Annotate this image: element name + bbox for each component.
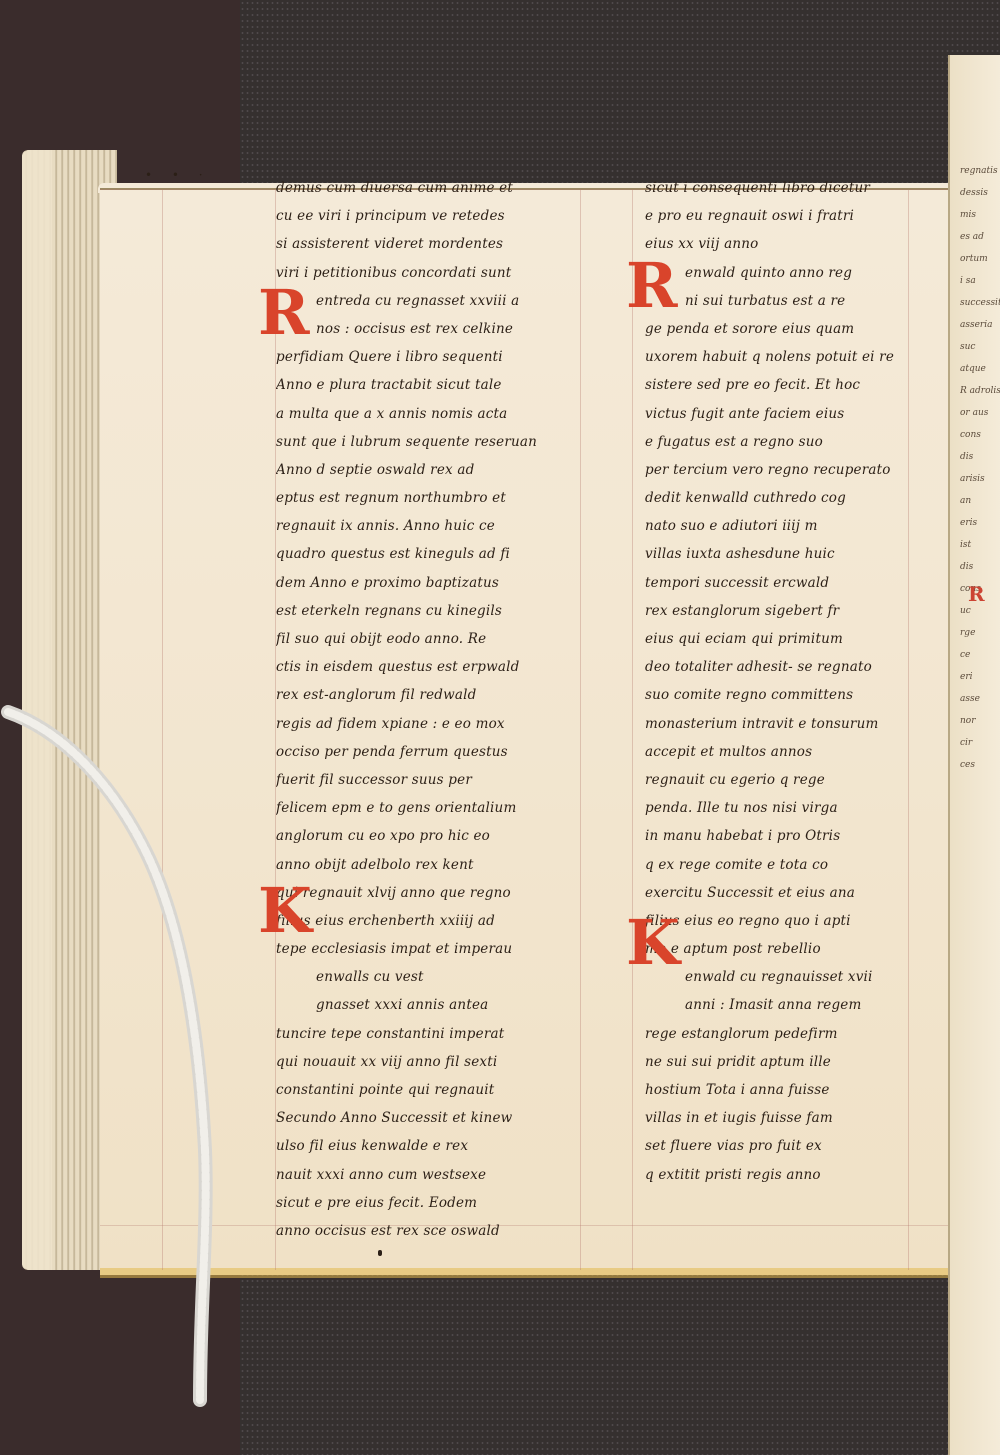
manuscript-line: cu ee viri i principum ve retedes	[276, 202, 606, 230]
manuscript-line: qui regnauit xlvij anno que regno	[276, 879, 606, 907]
ink-dots: • • ·	[145, 168, 211, 182]
manuscript-line: quadro questus est kineguls ad fi	[276, 540, 606, 568]
red-initial-letter: K	[258, 880, 312, 942]
facing-page-line: rge	[960, 622, 1000, 644]
manuscript-line: ulso fil eius kenwalde e rex	[276, 1132, 606, 1160]
facing-page-line: asse	[960, 688, 1000, 710]
manuscript-line: ni sui turbatus est a re	[645, 287, 935, 315]
ruling-line	[162, 190, 163, 1270]
facing-page-line: suc	[960, 336, 1000, 358]
manuscript-line: villas in et iugis fuisse fam	[645, 1104, 935, 1132]
manuscript-line: Anno d septie oswald rex ad	[276, 456, 606, 484]
facing-page-line: nor	[960, 710, 1000, 732]
facing-page-line: ces	[960, 754, 1000, 776]
facing-page-line: or aus	[960, 402, 1000, 424]
facing-page-line: asseria	[960, 314, 1000, 336]
manuscript-line: qui nouauit xx viij anno fil sexti	[276, 1048, 606, 1076]
manuscript-line: tempori successit ercwald	[645, 569, 935, 597]
manuscript-line: viri i petitionibus concordati sunt	[276, 259, 606, 287]
manuscript-line: rex estanglorum sigebert fr	[645, 597, 935, 625]
manuscript-line: dedit kenwalld cuthredo cog	[645, 484, 935, 512]
facing-page-line: arisis	[960, 468, 1000, 490]
facing-page-line: dis	[960, 556, 1000, 578]
manuscript-line: per tercium vero regno recuperato	[645, 456, 935, 484]
manuscript-line: villas iuxta ashesdune huic	[645, 540, 935, 568]
manuscript-line: sistere sed pre eo fecit. Et hoc	[645, 371, 935, 399]
manuscript-line: eius qui eciam qui primitum	[645, 625, 935, 653]
red-initial-letter: R	[626, 255, 678, 317]
manuscript-line: q extitit pristi regis anno	[645, 1161, 935, 1189]
facing-page-line: es ad	[960, 226, 1000, 248]
manuscript-line: regis ad fidem xpiane : e eo mox	[276, 710, 606, 738]
manuscript-line: anno occisus est rex sce oswald	[276, 1217, 606, 1245]
page-bottom-gilt-edge	[100, 1268, 978, 1278]
manuscript-line: regnauit cu egerio q rege	[645, 766, 935, 794]
manuscript-line: dem Anno e proximo baptizatus	[276, 569, 606, 597]
manuscript-line: Anno e plura tractabit sicut tale	[276, 371, 606, 399]
manuscript-line: Secundo Anno Successit et kinew	[276, 1104, 606, 1132]
manuscript-line: exercitu Successit et eius ana	[645, 879, 935, 907]
facing-page-text: regnatisdessismises adortumi sasuccessit…	[960, 160, 1000, 776]
manuscript-line: accepit et multos annos	[645, 738, 935, 766]
manuscript-line: est eterkeln regnans cu kinegils	[276, 597, 606, 625]
facing-page-line: dis	[960, 446, 1000, 468]
facing-page-line: an	[960, 490, 1000, 512]
manuscript-line: mo e aptum post rebellio	[645, 935, 935, 963]
manuscript-line: sunt que i lubrum sequente reseruan	[276, 428, 606, 456]
manuscript-line: eptus est regnum northumbro et	[276, 484, 606, 512]
manuscript-line: rege estanglorum pedefirm	[645, 1020, 935, 1048]
manuscript-line: hostium Tota i anna fuisse	[645, 1076, 935, 1104]
manuscript-line: victus fugit ante faciem eius	[645, 400, 935, 428]
facing-page-line: R adrolis	[960, 380, 1000, 402]
manuscript-line: eius xx viij anno	[645, 230, 935, 258]
manuscript-line: monasterium intravit e tonsurum	[645, 710, 935, 738]
right-text-column: sicut i consequenti libro diceture pro e…	[645, 174, 935, 1189]
manuscript-line: felicem epm e to gens orientalium	[276, 794, 606, 822]
manuscript-line: filius eius erchenberth xxiiij ad	[276, 907, 606, 935]
manuscript-line: fil suo qui obijt eodo anno. Re	[276, 625, 606, 653]
manuscript-line: si assisterent videret mordentes	[276, 230, 606, 258]
manuscript-line: occiso per penda ferrum questus	[276, 738, 606, 766]
manuscript-line: sicut e pre eius fecit. Eodem	[276, 1189, 606, 1217]
facing-page-line: cir	[960, 732, 1000, 754]
manuscript-line: in manu habebat i pro Otris	[645, 822, 935, 850]
manuscript-line: rex est-anglorum fil redwald	[276, 681, 606, 709]
manuscript-line: nauit xxxi anno cum westsexe	[276, 1161, 606, 1189]
facing-page-line: ortum	[960, 248, 1000, 270]
manuscript-line: a multa que a x annis nomis acta	[276, 400, 606, 428]
page-fore-edge	[22, 150, 52, 1270]
facing-page-line: eri	[960, 666, 1000, 688]
manuscript-line: enwald quinto anno reg	[645, 259, 935, 287]
manuscript-line: perfidiam Quere i libro sequenti	[276, 343, 606, 371]
manuscript-line: ge penda et sorore eius quam	[645, 315, 935, 343]
facing-page-line: ist	[960, 534, 1000, 556]
manuscript-line: sicut i consequenti libro dicetur	[645, 174, 935, 202]
manuscript-line: e pro eu regnauit oswi i fratri	[645, 202, 935, 230]
facing-page-line: mis	[960, 204, 1000, 226]
facing-page-line: successit	[960, 292, 1000, 314]
manuscript-line: anglorum cu eo xpo pro hic eo	[276, 822, 606, 850]
facing-page-line: eris	[960, 512, 1000, 534]
manuscript-line: anni : Imasit anna regem	[645, 991, 935, 1019]
manuscript-line: gnasset xxxi annis antea	[276, 991, 606, 1019]
facing-page-line: atque	[960, 358, 1000, 380]
manuscript-line: e fugatus est a regno suo	[645, 428, 935, 456]
manuscript-line: enwald cu regnauisset xvii	[645, 963, 935, 991]
red-initial-letter: R	[258, 282, 310, 344]
manuscript-line: penda. Ille tu nos nisi virga	[645, 794, 935, 822]
facing-page-line: ce	[960, 644, 1000, 666]
facing-page-line: dessis	[960, 182, 1000, 204]
manuscript-line: filius eius eo regno quo i apti	[645, 907, 935, 935]
left-text-column: demus cum diuersa cum anime etcu ee viri…	[276, 174, 606, 1245]
facing-page-line: i sa	[960, 270, 1000, 292]
manuscript-line: set fluere vias pro fuit ex	[645, 1132, 935, 1160]
ink-spot	[378, 1250, 382, 1256]
manuscript-line: entreda cu regnasset xxviii a	[276, 287, 606, 315]
manuscript-line: constantini pointe qui regnauit	[276, 1076, 606, 1104]
manuscript-line: tuncire tepe constantini imperat	[276, 1020, 606, 1048]
facing-page-line: cons	[960, 424, 1000, 446]
manuscript-line: ctis in eisdem questus est erpwald	[276, 653, 606, 681]
manuscript-line: suo comite regno committens	[645, 681, 935, 709]
red-initial-letter: K	[626, 912, 680, 974]
manuscript-line: ne sui sui pridit aptum ille	[645, 1048, 935, 1076]
manuscript-line: tepe ecclesiasis impat et imperau	[276, 935, 606, 963]
facing-page-line: regnatis	[960, 160, 1000, 182]
facing-red-initial: R	[968, 582, 980, 604]
manuscript-line: deo totaliter adhesit- se regnato	[645, 653, 935, 681]
manuscript-line: uxorem habuit q nolens potuit ei re	[645, 343, 935, 371]
manuscript-line: enwalls cu vest	[276, 963, 606, 991]
manuscript-line: anno obijt adelbolo rex kent	[276, 851, 606, 879]
manuscript-line: nos : occisus est rex celkine	[276, 315, 606, 343]
manuscript-line: fuerit fil successor suus per	[276, 766, 606, 794]
manuscript-line: demus cum diuersa cum anime et	[276, 174, 606, 202]
ruling-line	[632, 190, 633, 1270]
manuscript-line: q ex rege comite e tota co	[645, 851, 935, 879]
manuscript-line: regnauit ix annis. Anno huic ce	[276, 512, 606, 540]
manuscript-line: nato suo e adiutori iiij m	[645, 512, 935, 540]
